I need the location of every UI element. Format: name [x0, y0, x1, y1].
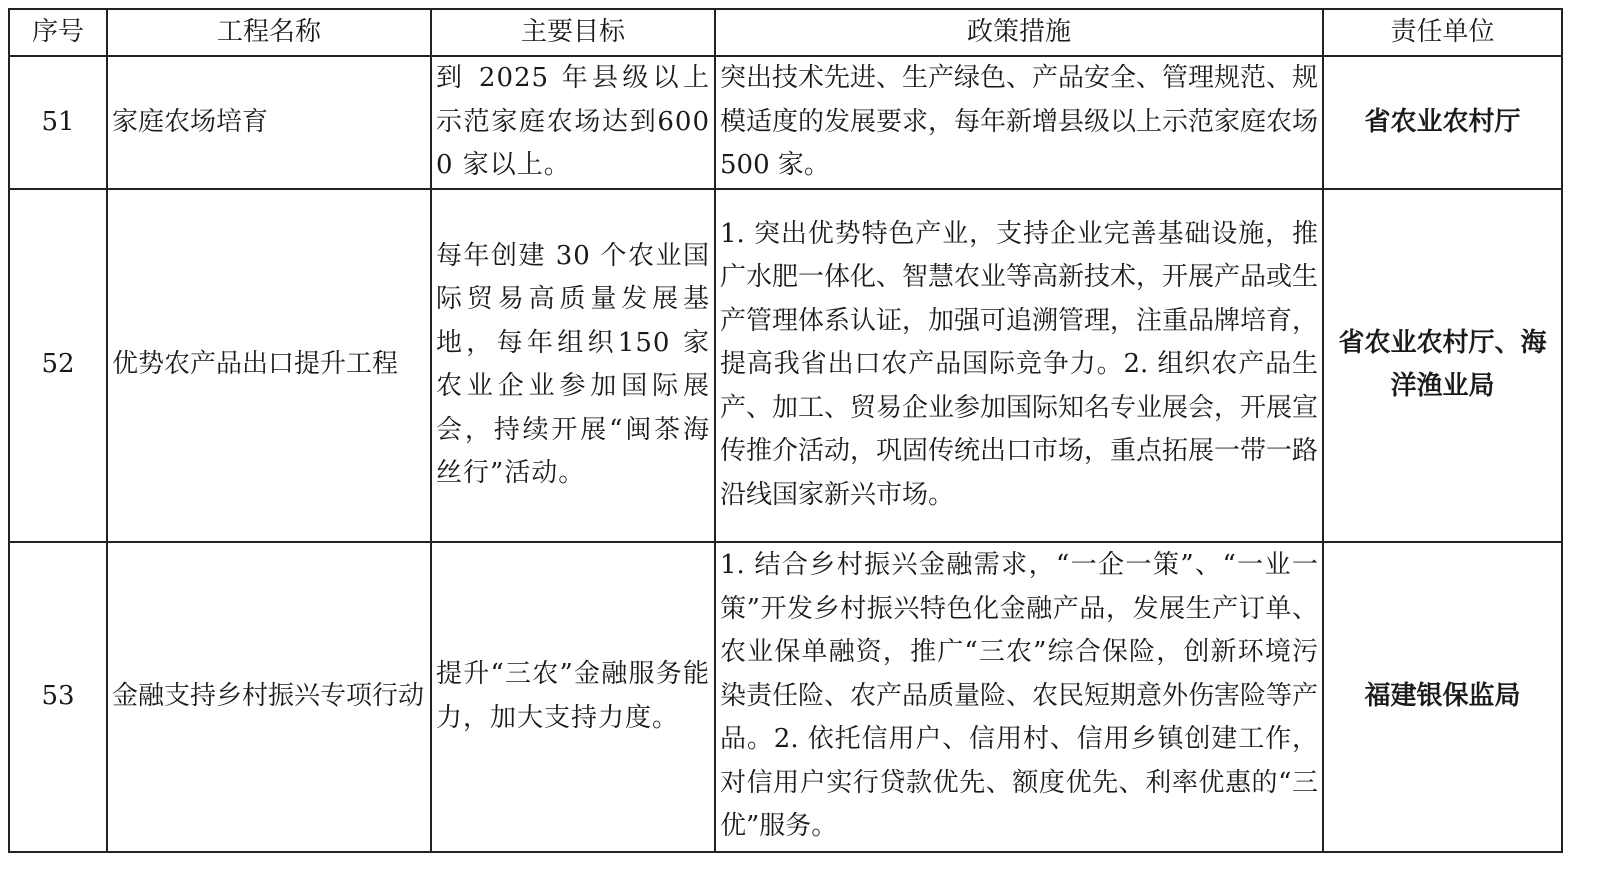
main-goal: 每年创建 30 个农业国际贸易高质量发展基地，每年组织150 家农业企业参加国际… — [431, 189, 715, 542]
header-responsible-unit: 责任单位 — [1323, 9, 1562, 56]
table-row: 52 优势农产品出口提升工程 每年创建 30 个农业国际贸易高质量发展基地，每年… — [9, 189, 1562, 542]
project-name: 金融支持乡村振兴专项行动 — [107, 542, 431, 852]
responsible-unit: 福建银保监局 — [1323, 542, 1562, 852]
main-goal: 到 2025 年县级以上示范家庭农场达到6000 家以上。 — [431, 56, 715, 189]
table-row: 51 家庭农场培育 到 2025 年县级以上示范家庭农场达到6000 家以上。 … — [9, 56, 1562, 189]
policy-measures: 1. 突出优势特色产业，支持企业完善基础设施，推广水肥一体化、智慧农业等高新技术… — [715, 189, 1323, 542]
header-policy-measures: 政策措施 — [715, 9, 1323, 56]
responsible-unit: 省农业农村厅 — [1323, 56, 1562, 189]
header-project-name: 工程名称 — [107, 9, 431, 56]
header-row: 序号 工程名称 主要目标 政策措施 责任单位 — [9, 9, 1562, 56]
responsible-unit: 省农业农村厅、海洋渔业局 — [1323, 189, 1562, 542]
project-name: 优势农产品出口提升工程 — [107, 189, 431, 542]
policy-measures: 突出技术先进、生产绿色、产品安全、管理规范、规模适度的发展要求，每年新增县级以上… — [715, 56, 1323, 189]
table-row: 53 金融支持乡村振兴专项行动 提升“三农”金融服务能力，加大支持力度。 1. … — [9, 542, 1562, 852]
header-no: 序号 — [9, 9, 107, 56]
row-number: 51 — [9, 56, 107, 189]
project-name: 家庭农场培育 — [107, 56, 431, 189]
main-goal: 提升“三农”金融服务能力，加大支持力度。 — [431, 542, 715, 852]
header-main-goal: 主要目标 — [431, 9, 715, 56]
policy-measures: 1. 结合乡村振兴金融需求，“一企一策”、“一业一策”开发乡村振兴特色化金融产品… — [715, 542, 1323, 852]
project-table: 序号 工程名称 主要目标 政策措施 责任单位 51 家庭农场培育 到 2025 … — [8, 8, 1563, 853]
row-number: 53 — [9, 542, 107, 852]
row-number: 52 — [9, 189, 107, 542]
